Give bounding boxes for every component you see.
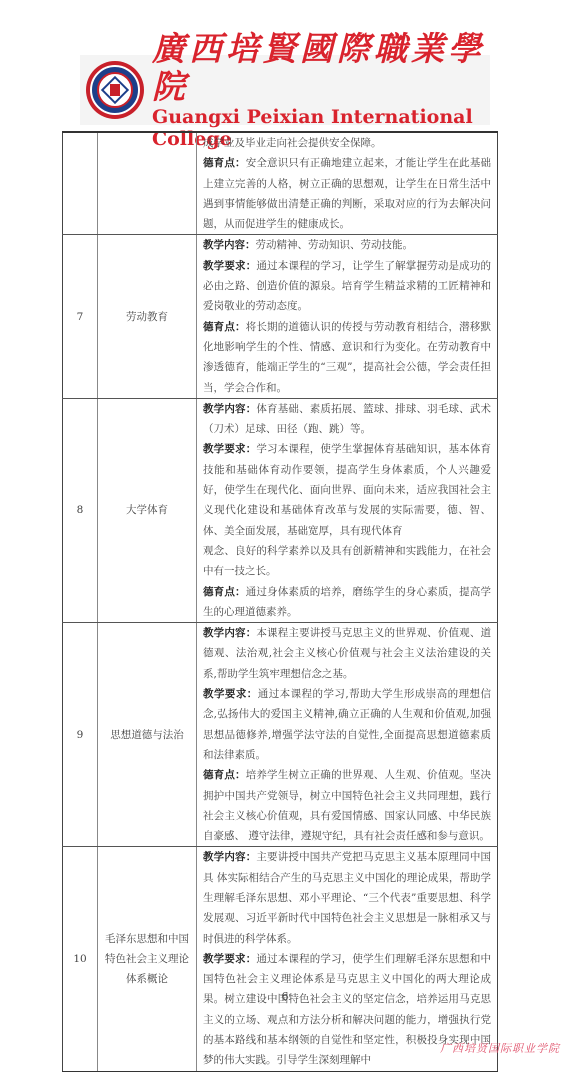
course-number: 10 xyxy=(63,847,98,1071)
table-row: 10毛泽东思想和中国特色社会主义理论体系概论教学内容：主要讲授中国共产党把马克思… xyxy=(63,847,498,1071)
table-row: 成学业及毕业走向社会提供安全保障。德育点：安全意识只有正确地建立起来，才能让学生… xyxy=(63,132,498,235)
paragraph-label: 教学要求： xyxy=(203,443,256,455)
course-description: 成学业及毕业走向社会提供安全保障。德育点：安全意识只有正确地建立起来，才能让学生… xyxy=(197,132,498,235)
paragraph-label: 德育点： xyxy=(203,769,246,781)
paragraph-text: 将长期的道德认识的传授与劳动教育相结合，潜移默化地影响学生的个性、情感、意识和行… xyxy=(203,321,491,394)
description-paragraph: 教学内容：体育基础、素质拓展、篮球、排球、羽毛球、武术（刀术）足球、田径（跑、跳… xyxy=(203,399,491,440)
table-row: 8大学体育教学内容：体育基础、素质拓展、篮球、排球、羽毛球、武术（刀术）足球、田… xyxy=(63,398,498,622)
paragraph-label: 教学要求： xyxy=(203,260,256,272)
paragraph-text: 学习本课程，使学生掌握体育基础知识，基本体育技能和基础体育动作要领，提高学生身体… xyxy=(203,443,491,536)
paragraph-label: 德育点： xyxy=(203,586,246,598)
paragraph-label: 教学内容： xyxy=(203,239,256,251)
footer-watermark: 广西培贤国际职业学院 xyxy=(440,1040,560,1056)
paragraph-label: 教学内容： xyxy=(203,851,256,863)
course-name: 大学体育 xyxy=(98,398,197,622)
course-number: 9 xyxy=(63,623,98,847)
course-number xyxy=(63,132,98,235)
course-description: 教学内容：主要讲授中国共产党把马克思主义基本原理同中国具 体实际相结合产生的马克… xyxy=(197,847,498,1071)
book-icon xyxy=(110,84,120,96)
paragraph-label: 德育点： xyxy=(203,321,246,333)
page-number: 6 xyxy=(0,990,570,1003)
description-paragraph: 教学内容：主要讲授中国共产党把马克思主义基本原理同中国具 体实际相结合产生的马克… xyxy=(203,847,491,948)
course-description: 教学内容：本课程主要讲授马克思主义的世界观、价值观、道德观、法治观,社会主义核心… xyxy=(197,623,498,847)
description-paragraph: 德育点：通过身体素质的培养，磨练学生的身心素质，提高学生的心理道德素养。 xyxy=(203,582,491,623)
course-name: 劳动教育 xyxy=(98,235,197,398)
description-paragraph: 教学要求：通过本课程的学习，让学生了解掌握劳动是成功的必由之路、创造价值的源泉。… xyxy=(203,256,491,317)
course-name: 毛泽东思想和中国特色社会主义理论体系概论 xyxy=(98,847,197,1071)
course-description: 教学内容：劳动精神、劳动知识、劳动技能。教学要求：通过本课程的学习，让学生了解掌… xyxy=(197,235,498,398)
paragraph-label: 教学要求： xyxy=(203,688,258,700)
college-name-chinese: 廣西培賢國際職業學院 xyxy=(152,30,490,106)
description-paragraph: 教学要求：学习本课程，使学生掌握体育基础知识，基本体育技能和基础体育动作要领，提… xyxy=(203,439,491,540)
description-paragraph: 德育点：培养学生树立正确的世界观、人生观、价值观。坚决拥护中国共产党领导，树立中… xyxy=(203,765,491,846)
college-emblem-icon xyxy=(86,61,144,119)
paragraph-text: 主要讲授中国共产党把马克思主义基本原理同中国具 体实际相结合产生的马克思主义中国… xyxy=(203,851,491,944)
description-paragraph: 教学要求：通过本课程的学习,帮助大学生形成崇高的理想信念,弘扬伟大的爱国主义精神… xyxy=(203,684,491,765)
paragraph-text: 成学业及毕业走向社会提供安全保障。 xyxy=(203,137,382,149)
paragraph-text: 通过身体素质的培养，磨练学生的身心素质，提高学生的心理道德素养。 xyxy=(203,586,491,618)
description-paragraph: 德育点：将长期的道德认识的传授与劳动教育相结合，潜移默化地影响学生的个性、情感、… xyxy=(203,317,491,398)
paragraph-text: 安全意识只有正确地建立起来，才能让学生在此基础上建立完善的人格，树立正确的思想观… xyxy=(203,157,491,230)
description-paragraph: 德育点：安全意识只有正确地建立起来，才能让学生在此基础上建立完善的人格，树立正确… xyxy=(203,153,491,234)
table-row: 9思想道德与法治教学内容：本课程主要讲授马克思主义的世界观、价值观、道德观、法治… xyxy=(63,623,498,847)
course-number: 8 xyxy=(63,398,98,622)
description-paragraph: 观念、良好的科学素养以及具有创新精神和实践能力，在社会中有一技之长。 xyxy=(203,541,491,582)
paragraph-label: 德育点： xyxy=(203,157,246,169)
table-row: 7劳动教育教学内容：劳动精神、劳动知识、劳动技能。教学要求：通过本课程的学习，让… xyxy=(63,235,498,398)
course-number: 7 xyxy=(63,235,98,398)
description-paragraph: 教学内容：本课程主要讲授马克思主义的世界观、价值观、道德观、法治观,社会主义核心… xyxy=(203,623,491,684)
paragraph-label: 教学要求： xyxy=(203,953,256,965)
header-banner: 廣西培賢國際職業學院 Guangxi Peixian International… xyxy=(80,55,490,125)
course-name xyxy=(98,132,197,235)
paragraph-text: 培养学生树立正确的世界观、人生观、价值观。坚决拥护中国共产党领导，树立中国特色社… xyxy=(203,769,491,842)
course-name: 思想道德与法治 xyxy=(98,623,197,847)
paragraph-text: 观念、良好的科学素养以及具有创新精神和实践能力，在社会中有一技之长。 xyxy=(203,545,491,577)
paragraph-label: 教学内容： xyxy=(203,627,256,639)
paragraph-label: 教学内容： xyxy=(203,403,256,415)
description-paragraph: 教学内容：劳动精神、劳动知识、劳动技能。 xyxy=(203,235,491,255)
description-paragraph: 成学业及毕业走向社会提供安全保障。 xyxy=(203,133,491,153)
paragraph-text: 劳动精神、劳动知识、劳动技能。 xyxy=(256,239,414,251)
course-table: 成学业及毕业走向社会提供安全保障。德育点：安全意识只有正确地建立起来，才能让学生… xyxy=(62,131,498,1072)
course-description: 教学内容：体育基础、素质拓展、篮球、排球、羽毛球、武术（刀术）足球、田径（跑、跳… xyxy=(197,398,498,622)
